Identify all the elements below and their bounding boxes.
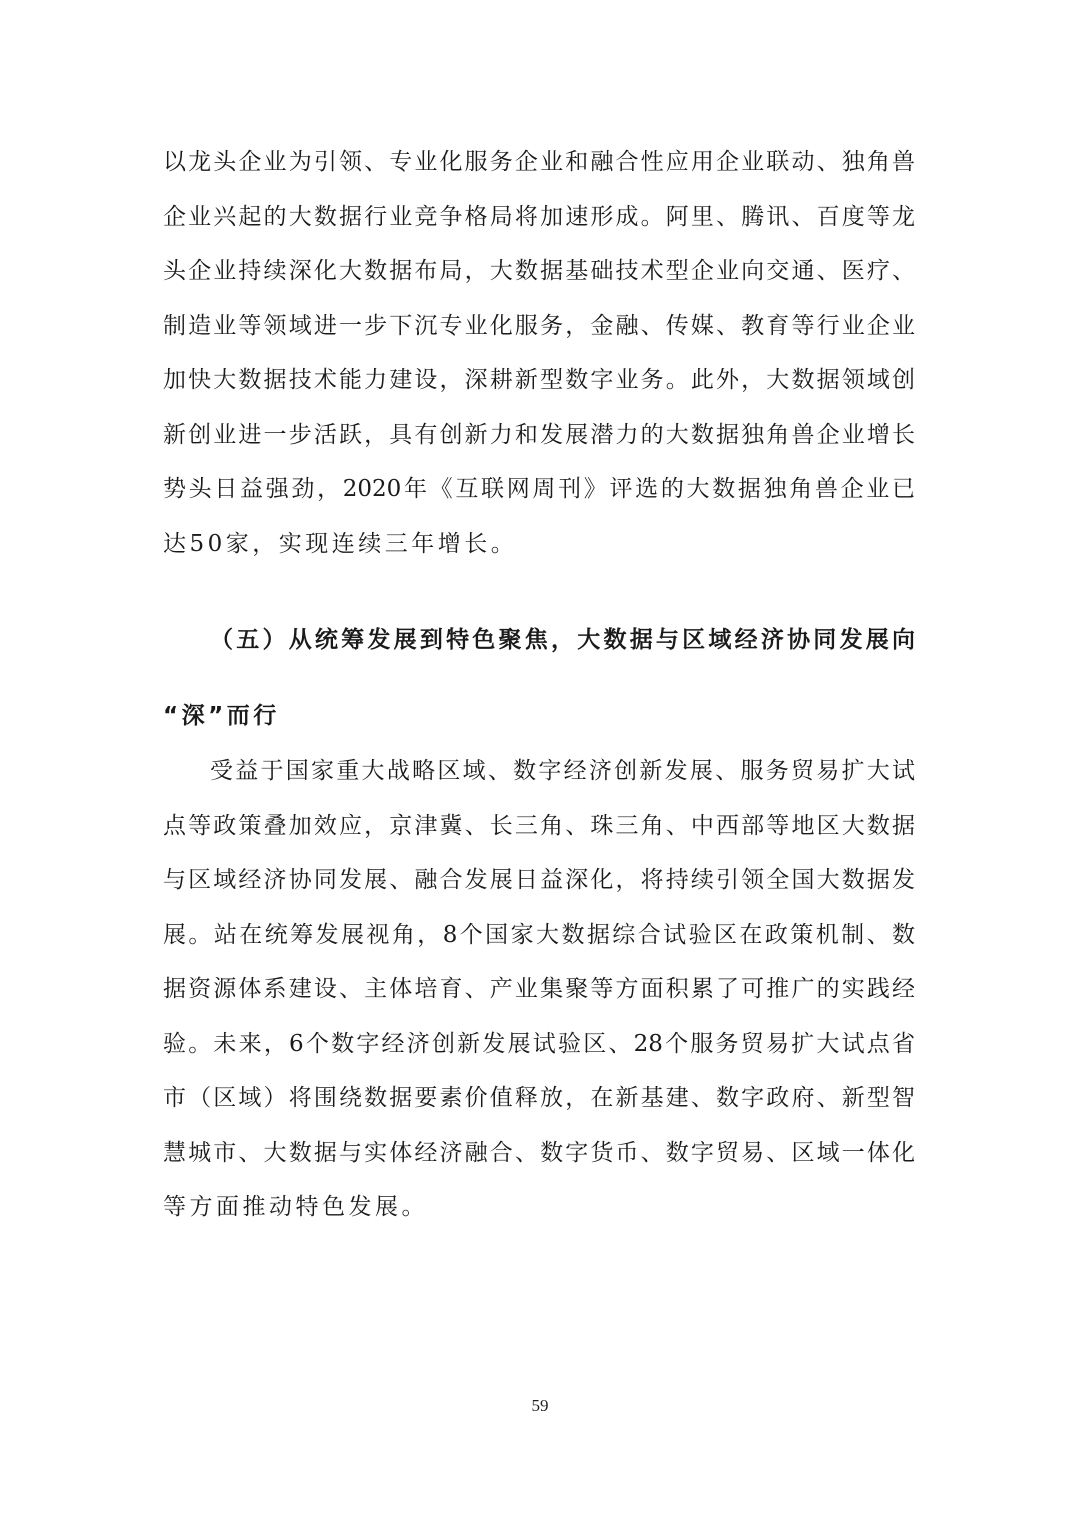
text-line: 市（区域）将围绕数据要素价值释放，在新基建、数字政府、新型智	[163, 1071, 915, 1126]
text-line: 势头日益强劲，2020年《互联网周刊》评选的大数据独角兽企业已	[163, 462, 915, 517]
text-line: 与区域经济协同发展、融合发展日益深化，将持续引领全国大数据发	[163, 853, 915, 908]
body-paragraph-1: 以龙头企业为引领、专业化服务企业和融合性应用企业联动、独角兽 企业兴起的大数据行…	[163, 135, 915, 571]
text-line: 企业兴起的大数据行业竞争格局将加速形成。阿里、腾讯、百度等龙	[163, 190, 915, 245]
section-heading: （五）从统筹发展到特色聚焦，大数据与区域经济协同发展向 “深”而行	[163, 612, 915, 764]
text-line: 受益于国家重大战略区域、数字经济创新发展、服务贸易扩大试	[163, 744, 915, 799]
body-paragraph-2: 受益于国家重大战略区域、数字经济创新发展、服务贸易扩大试 点等政策叠加效应，京津…	[163, 744, 915, 1235]
text-line: 头企业持续深化大数据布局，大数据基础技术型企业向交通、医疗、	[163, 244, 915, 299]
heading-line: （五）从统筹发展到特色聚焦，大数据与区域经济协同发展向	[163, 612, 915, 688]
text-line: 慧城市、大数据与实体经济融合、数字货币、数字贸易、区域一体化	[163, 1126, 915, 1181]
text-line: 展。站在统筹发展视角，8个国家大数据综合试验区在政策机制、数	[163, 908, 915, 963]
text-line: 制造业等领域进一步下沉专业化服务，金融、传媒、教育等行业企业	[163, 299, 915, 354]
text-line: 加快大数据技术能力建设，深耕新型数字业务。此外，大数据领域创	[163, 353, 915, 408]
text-line: 达50家，实现连续三年增长。	[163, 517, 915, 572]
text-line: 以龙头企业为引领、专业化服务企业和融合性应用企业联动、独角兽	[163, 135, 915, 190]
text-line: 点等政策叠加效应，京津冀、长三角、珠三角、中西部等地区大数据	[163, 799, 915, 854]
page-number: 59	[0, 1396, 1080, 1416]
text-line: 等方面推动特色发展。	[163, 1180, 915, 1235]
text-line: 验。未来，6个数字经济创新发展试验区、28个服务贸易扩大试点省	[163, 1017, 915, 1072]
text-line: 据资源体系建设、主体培育、产业集聚等方面积累了可推广的实践经	[163, 962, 915, 1017]
document-page: 以龙头企业为引领、专业化服务企业和融合性应用企业联动、独角兽 企业兴起的大数据行…	[0, 0, 1080, 1527]
text-line: 新创业进一步活跃，具有创新力和发展潜力的大数据独角兽企业增长	[163, 408, 915, 463]
